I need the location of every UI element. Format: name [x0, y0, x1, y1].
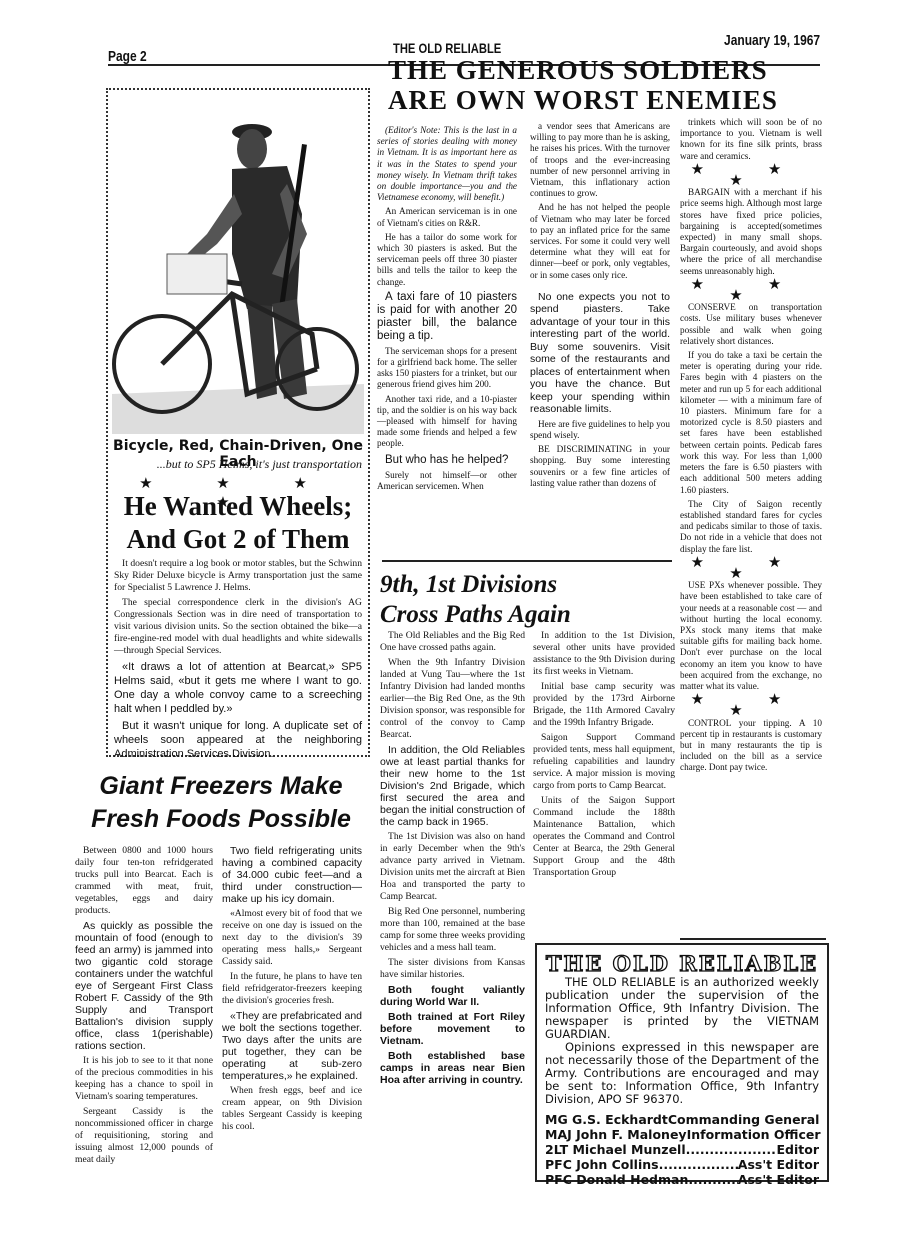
editors-note: (Editor's Note: This is the last in a se…	[377, 125, 517, 203]
paragraph: When fresh eggs, beef and ice cream appe…	[222, 1085, 362, 1133]
section-rule	[680, 938, 826, 940]
staff-name: 2LT Michael Munzell	[545, 1142, 686, 1157]
divisions-column-2: In addition to the 1st Division, several…	[533, 630, 675, 882]
freezers-headline-line2: Fresh Foods Possible	[73, 803, 369, 836]
staff-name: PFC John Collins	[545, 1157, 659, 1172]
guideline-control-tipping: CONTROL your tipping. A 10 percent tip i…	[680, 718, 822, 774]
paragraph: Sergeant Cassidy is the noncommissioned …	[75, 1106, 213, 1166]
divisions-headline-line2: Cross Paths Again	[380, 600, 680, 630]
generous-headline-line2: ARE OWN WORST ENEMIES	[388, 85, 828, 115]
generous-column-1: (Editor's Note: This is the last in a se…	[377, 125, 517, 495]
freezers-column-2: Two field refrigerating units having a c…	[222, 845, 362, 1136]
paragraph: But who has he helped?	[377, 453, 517, 467]
paragraph: The 1st Division was also on hand in ear…	[380, 831, 525, 903]
paragraph: Here are five guidelines to help you spe…	[530, 419, 670, 441]
generous-headline-line1: THE GENEROUS SOLDIERS	[388, 55, 828, 85]
staff-row: PFC John CollinsAss't Editor	[545, 1157, 819, 1172]
divisions-headline: 9th, 1st Divisions Cross Paths Again	[380, 570, 680, 630]
paragraph: The Old Reliables and the Big Red One ha…	[380, 630, 525, 654]
paragraph: Saigon Support Command provided tents, m…	[533, 732, 675, 792]
paragraph: The serviceman shops for a present for a…	[377, 346, 517, 391]
staff-role: Editor	[777, 1142, 820, 1157]
star-divider: ★ ★ ★	[680, 165, 822, 187]
photo-illustration-icon	[112, 94, 364, 434]
paragraph: Big Red One personnel, numbering more th…	[380, 906, 525, 954]
paragraph: No one expects you not to spend piasters…	[530, 291, 670, 416]
freezers-headline: Giant Freezers Make Fresh Foods Possible	[73, 770, 369, 836]
divisions-headline-line1: 9th, 1st Divisions	[380, 570, 680, 600]
paragraph: It is his job to see to it that none of …	[75, 1055, 213, 1103]
star-divider: ★ ★ ★	[680, 558, 822, 580]
generous-column-3: trinkets which will soon be of no import…	[680, 117, 822, 777]
paragraph: Both fought valiantly during World War I…	[380, 984, 525, 1008]
paragraph: He has a tailor do some work for which 3…	[377, 232, 517, 288]
paragraph: And he has not helped the people of Viet…	[530, 202, 670, 280]
paragraph: Two field refrigerating units having a c…	[222, 845, 362, 905]
staff-role: Commanding General	[668, 1112, 820, 1127]
guideline-conserve: CONSERVE on transportation costs. Use mi…	[680, 302, 822, 347]
paper-name: THE OLD RELIABLE	[393, 40, 501, 56]
page-number: Page 2	[108, 48, 147, 65]
generous-headline: THE GENEROUS SOLDIERS ARE OWN WORST ENEM…	[388, 55, 828, 115]
issue-date: January 19, 1967	[724, 32, 820, 49]
info-box-text: THE OLD RELIABLE is an authorized weekly…	[537, 976, 827, 1106]
wheels-headline-line1: He Wanted Wheels;	[108, 490, 368, 523]
paragraph: Initial base camp security was provided …	[533, 681, 675, 729]
paragraph: Units of the Saigon Support Command incl…	[533, 795, 675, 879]
section-rule	[382, 560, 672, 562]
paragraph: Both established base camps in areas nea…	[380, 1050, 525, 1086]
wheels-headline: He Wanted Wheels; And Got 2 of Them	[108, 490, 368, 556]
paragraph: But it wasn't unique for long. A duplica…	[114, 719, 362, 761]
paragraph: The special correspondence clerk in the …	[114, 597, 362, 657]
paragraph: The City of Saigon recently established …	[680, 499, 822, 555]
paragraph: trinkets which will soon be of no import…	[680, 117, 822, 162]
soldier-bicycle-photo	[112, 94, 364, 434]
staff-name: MAJ John F. Maloney	[545, 1127, 687, 1142]
paragraph: In addition, the Old Reliables owe at le…	[380, 744, 525, 828]
paragraph: When the 9th Infantry Division landed at…	[380, 657, 525, 741]
paragraph: A taxi fare of 10 piasters is paid for w…	[377, 291, 517, 343]
guideline-bargain: BARGAIN with a merchant if his price see…	[680, 187, 822, 277]
guideline-discriminating: BE DISCRIMINATING in your shopping. Buy …	[530, 444, 670, 489]
paragraph: «They are prefabricated and we bolt the …	[222, 1010, 362, 1082]
wheels-article-body: It doesn't require a log book or motor s…	[114, 558, 362, 764]
paragraph: It doesn't require a log book or motor s…	[114, 558, 362, 594]
paragraph: a vendor sees that Americans are willing…	[530, 121, 670, 199]
staff-row: PFC Donald HedmanAss't Editor	[545, 1172, 819, 1187]
paragraph: Both trained at Fort Riley before moveme…	[380, 1011, 525, 1047]
paragraph: An American serviceman is in one of Viet…	[377, 206, 517, 228]
paragraph: In addition to the 1st Division, several…	[533, 630, 675, 678]
staff-role: Ass't Editor	[738, 1172, 819, 1187]
staff-name: MG G.S. Eckhardt	[545, 1112, 668, 1127]
bicycle-story: Bicycle, Red, Chain-Driven, One Each ...…	[106, 88, 370, 757]
star-divider: ★ ★ ★	[680, 280, 822, 302]
paragraph: Another taxi ride, and a 10-piaster tip,…	[377, 394, 517, 450]
staff-row: MG G.S. EckhardtCommanding General	[545, 1112, 819, 1127]
paragraph: As quickly as possible the mountain of f…	[75, 920, 213, 1052]
staff-role: Information Officer	[687, 1127, 821, 1142]
publication-info-box: THE OLD RELIABLE THE OLD RELIABLE is an …	[535, 943, 829, 1182]
freezers-column-1: Between 0800 and 1000 hours daily four t…	[75, 845, 213, 1169]
paragraph: «Almost every bit of food that we receiv…	[222, 908, 362, 968]
guideline-use-pxs: USE PXs whenever possible. They have bee…	[680, 580, 822, 692]
divisions-column-1: The Old Reliables and the Big Red One ha…	[380, 630, 525, 1089]
generous-column-2: a vendor sees that Americans are willing…	[530, 121, 670, 492]
staff-row: MAJ John F. MaloneyInformation Officer	[545, 1127, 819, 1142]
paragraph: If you do take a taxi be certain the met…	[680, 350, 822, 496]
staff-row: 2LT Michael MunzellEditor	[545, 1142, 819, 1157]
wheels-headline-line2: And Got 2 of Them	[108, 523, 368, 556]
info-box-title: THE OLD RELIABLE	[537, 951, 827, 976]
paragraph: In the future, he plans to have ten fiel…	[222, 971, 362, 1007]
photo-caption-subtitle: ...but to SP5 Helms, it's just transport…	[108, 457, 362, 472]
staff-name: PFC Donald Hedman	[545, 1172, 688, 1187]
freezers-headline-line1: Giant Freezers Make	[73, 770, 369, 803]
paragraph: Between 0800 and 1000 hours daily four t…	[75, 845, 213, 917]
paragraph: Surely not himself—or other American ser…	[377, 470, 517, 492]
staff-list: MG G.S. EckhardtCommanding General MAJ J…	[537, 1106, 827, 1187]
publication-statement: THE OLD RELIABLE is an authorized weekly…	[545, 976, 819, 1041]
star-divider: ★ ★ ★	[680, 695, 822, 717]
paragraph: The sister divisions from Kansas have si…	[380, 957, 525, 981]
paragraph: «It draws a lot of attention at Bearcat,…	[114, 660, 362, 716]
staff-role: Ass't Editor	[738, 1157, 819, 1172]
disclaimer: Opinions expressed in this newspaper are…	[545, 1041, 819, 1106]
